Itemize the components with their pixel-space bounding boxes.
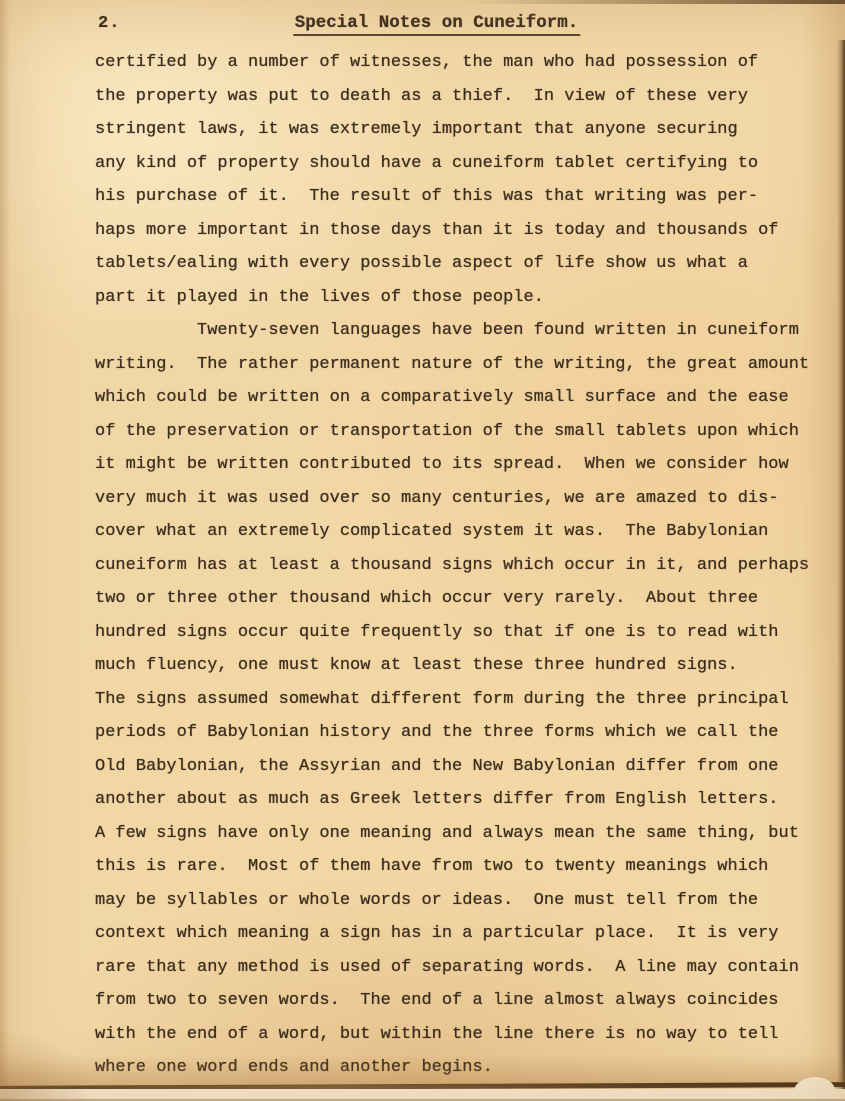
page-number: 2. xyxy=(98,14,120,33)
text-line: haps more important in those days than i… xyxy=(95,214,837,248)
text-line: Old Babylonian, the Assyrian and the New… xyxy=(95,750,837,784)
text-line: hundred signs occur quite frequently so … xyxy=(95,616,837,650)
paper-edge-right xyxy=(837,40,845,1101)
text-line: any kind of property should have a cunei… xyxy=(95,147,837,181)
paper-edge-left xyxy=(0,0,10,1101)
text-line: it might be written contributed to its s… xyxy=(95,448,837,482)
text-line: The signs assumed somewhat different for… xyxy=(95,683,837,717)
text-line: this is rare. Most of them have from two… xyxy=(95,850,837,884)
text-line: Twenty-seven languages have been found w… xyxy=(95,314,837,348)
text-line: cuneiform has at least a thousand signs … xyxy=(95,549,837,583)
page-title: Special Notes on Cuneiform. xyxy=(293,13,581,36)
text-line: writing. The rather permanent nature of … xyxy=(95,348,837,382)
text-line: tablets/ealing with every possible aspec… xyxy=(95,247,837,281)
text-line: which could be written on a comparativel… xyxy=(95,381,837,415)
text-line: from two to seven words. The end of a li… xyxy=(95,984,837,1018)
body-text: certified by a number of witnesses, the … xyxy=(95,46,837,1085)
text-line: very much it was used over so many centu… xyxy=(95,482,837,516)
fold-shadow xyxy=(0,1054,845,1086)
text-line: certified by a number of witnesses, the … xyxy=(95,46,837,80)
text-line: rare that any method is used of separati… xyxy=(95,951,837,985)
text-line: another about as much as Greek letters d… xyxy=(95,783,837,817)
paper-corner-stain xyxy=(0,1026,95,1101)
text-line: may be syllables or whole words or ideas… xyxy=(95,884,837,918)
text-line: the property was put to death as a thief… xyxy=(95,80,837,114)
text-line: of the preservation or transportation of… xyxy=(95,415,837,449)
text-line: context which meaning a sign has in a pa… xyxy=(95,917,837,951)
text-line: part it played in the lives of those peo… xyxy=(95,281,837,315)
text-line: his purchase of it. The result of this w… xyxy=(95,180,837,214)
paper-edge-top xyxy=(0,0,845,4)
text-line: stringent laws, it was extremely importa… xyxy=(95,113,837,147)
text-line: cover what an extremely complicated syst… xyxy=(95,515,837,549)
text-line: two or three other thousand which occur … xyxy=(95,582,837,616)
text-line: with the end of a word, but within the l… xyxy=(95,1018,837,1052)
text-line: periods of Babylonian history and the th… xyxy=(95,716,837,750)
text-line: A few signs have only one meaning and al… xyxy=(95,817,837,851)
text-line: much fluency, one must know at least the… xyxy=(95,649,837,683)
document-page: 2. Special Notes on Cuneiform. certified… xyxy=(0,0,845,1101)
